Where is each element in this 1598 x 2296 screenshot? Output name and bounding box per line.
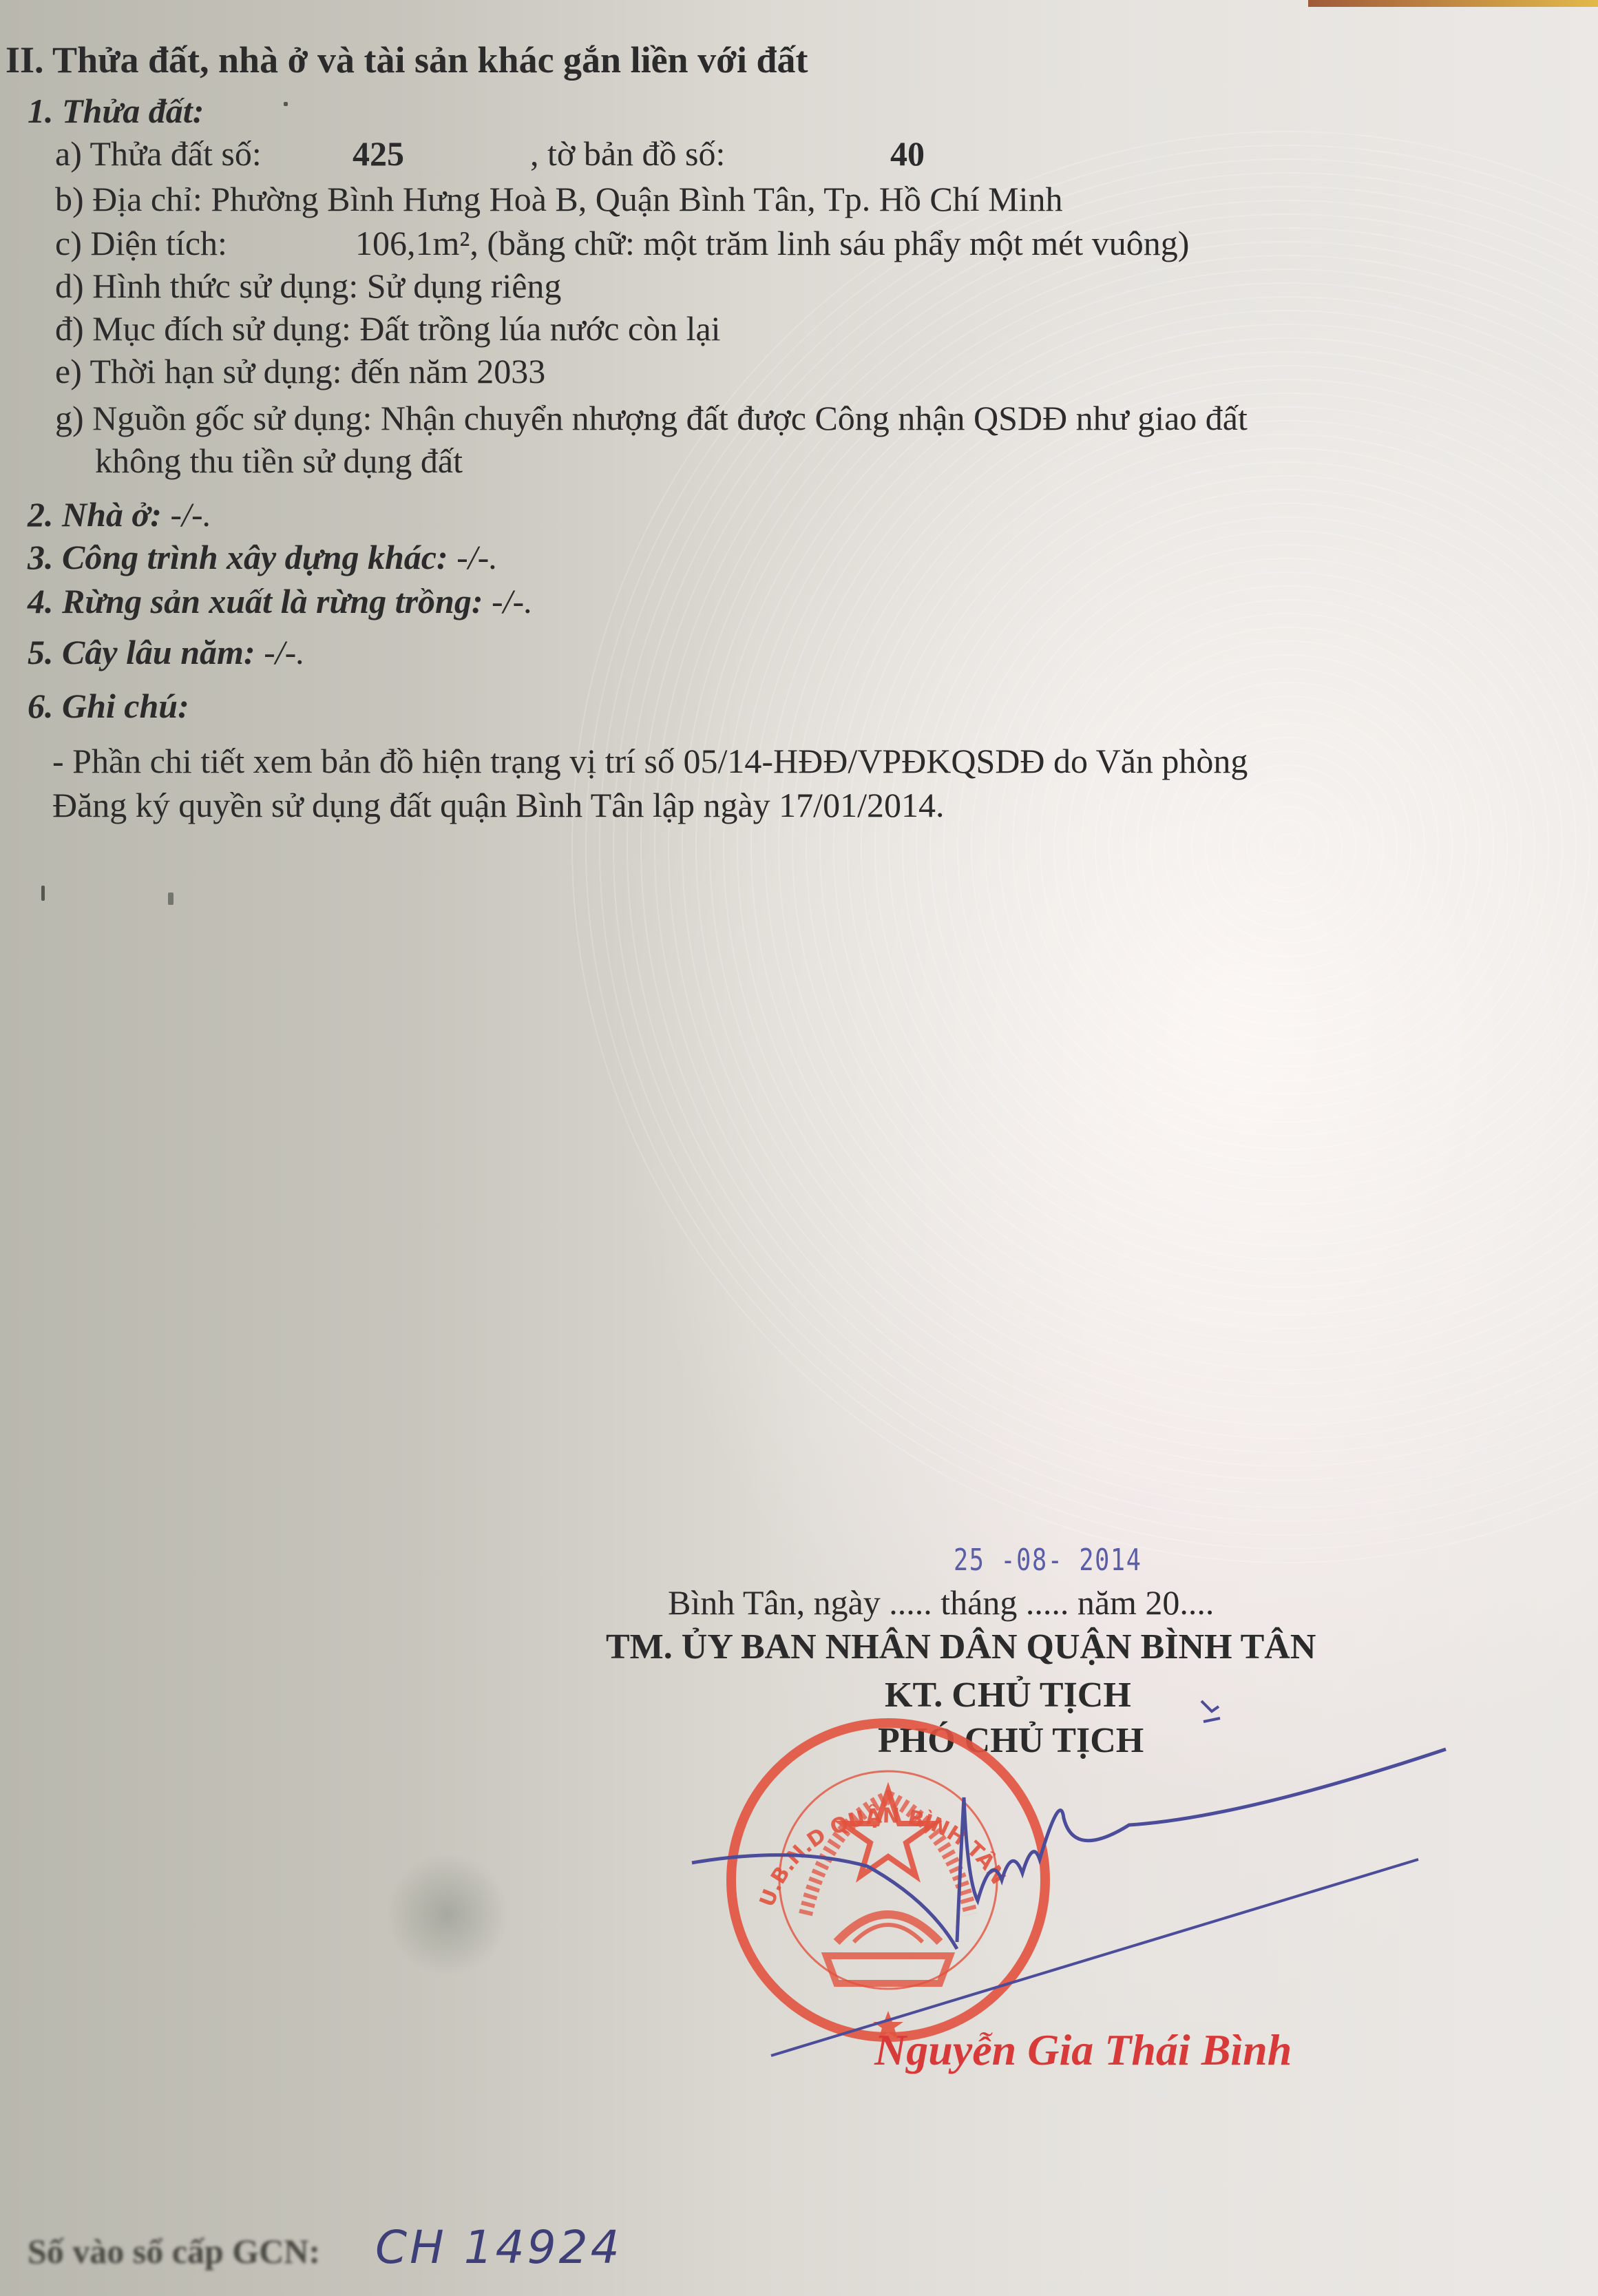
notes-heading: 6. Ghi chú: (28, 689, 189, 723)
document-edge (1308, 0, 1598, 7)
place-date: Bình Tân, ngày ..... tháng ..... năm 20.… (668, 1583, 1214, 1622)
address: b) Địa chỉ: Phường Bình Hưng Hoà B, Quận… (55, 182, 1062, 216)
map-sheet-number: 40 (890, 136, 925, 171)
area-label: c) Diện tích: (55, 226, 227, 260)
registry-label: Số vào sổ cấp GCN: (28, 2231, 320, 2271)
official-seal: U.B.N.D QUẬN BÌNH TÂN (716, 1708, 1060, 2045)
notes-line-2: Đăng ký quyền sử dụng đất quận Bình Tân … (52, 788, 944, 822)
parcel-label: a) Thửa đất số: (55, 136, 262, 171)
date-stamp: 25 -08- 2014 (954, 1543, 1142, 1578)
margin-mark (168, 893, 174, 905)
notes-line-1: - Phần chi tiết xem bản đồ hiện trạng vị… (52, 744, 1248, 778)
registry-number: CH 14924 (375, 2221, 622, 2274)
use-form: d) Hình thức sử dụng: Sử dụng riêng (55, 269, 561, 303)
use-term: e) Thời hạn sử dụng: đến năm 2033 (55, 354, 545, 388)
authority: TM. ỦY BAN NHÂN DÂN QUẬN BÌNH TÂN (606, 1627, 1316, 1667)
area-value: 106,1m², (bằng chữ: một trăm linh sáu ph… (355, 226, 1189, 260)
seal-text: U.B.N.D QUẬN BÌNH TÂN (755, 1802, 1010, 1910)
origin-line-1: g) Nguồn gốc sử dụng: Nhận chuyển nhượng… (55, 401, 1248, 435)
stain (386, 1853, 509, 1976)
svg-text:U.B.N.D QUẬN BÌNH TÂN: U.B.N.D QUẬN BÌNH TÂN (755, 1802, 1010, 1910)
house-value: -/-. (170, 495, 211, 534)
map-sheet-label: , tờ bản đồ số: (530, 136, 725, 171)
origin-line-2: không thu tiền sử dụng đất (95, 443, 463, 478)
land-heading: 1. Thửa đất: (28, 94, 204, 128)
use-purpose: đ) Mục đích sử dụng: Đất trồng lúa nước … (55, 311, 721, 346)
signer-name: Nguyễn Gia Thái Bình (874, 2025, 1292, 2076)
margin-mark (41, 886, 45, 901)
section-heading: II. Thửa đất, nhà ở và tài sản khác gắn … (6, 41, 808, 79)
dot-mark (284, 102, 288, 106)
parcel-number: 425 (353, 136, 404, 171)
production-forest-label: 4. Rừng sản xuất là rừng trồng: (28, 582, 483, 620)
perennial-trees-value: -/-. (264, 633, 305, 671)
perennial-trees-label: 5. Cây lâu năm: (28, 633, 255, 671)
production-forest-value: -/-. (492, 582, 533, 620)
other-construction-label: 3. Công trình xây dựng khác: (28, 538, 448, 576)
other-construction-value: -/-. (456, 538, 498, 576)
house-label: 2. Nhà ở: (28, 495, 162, 534)
